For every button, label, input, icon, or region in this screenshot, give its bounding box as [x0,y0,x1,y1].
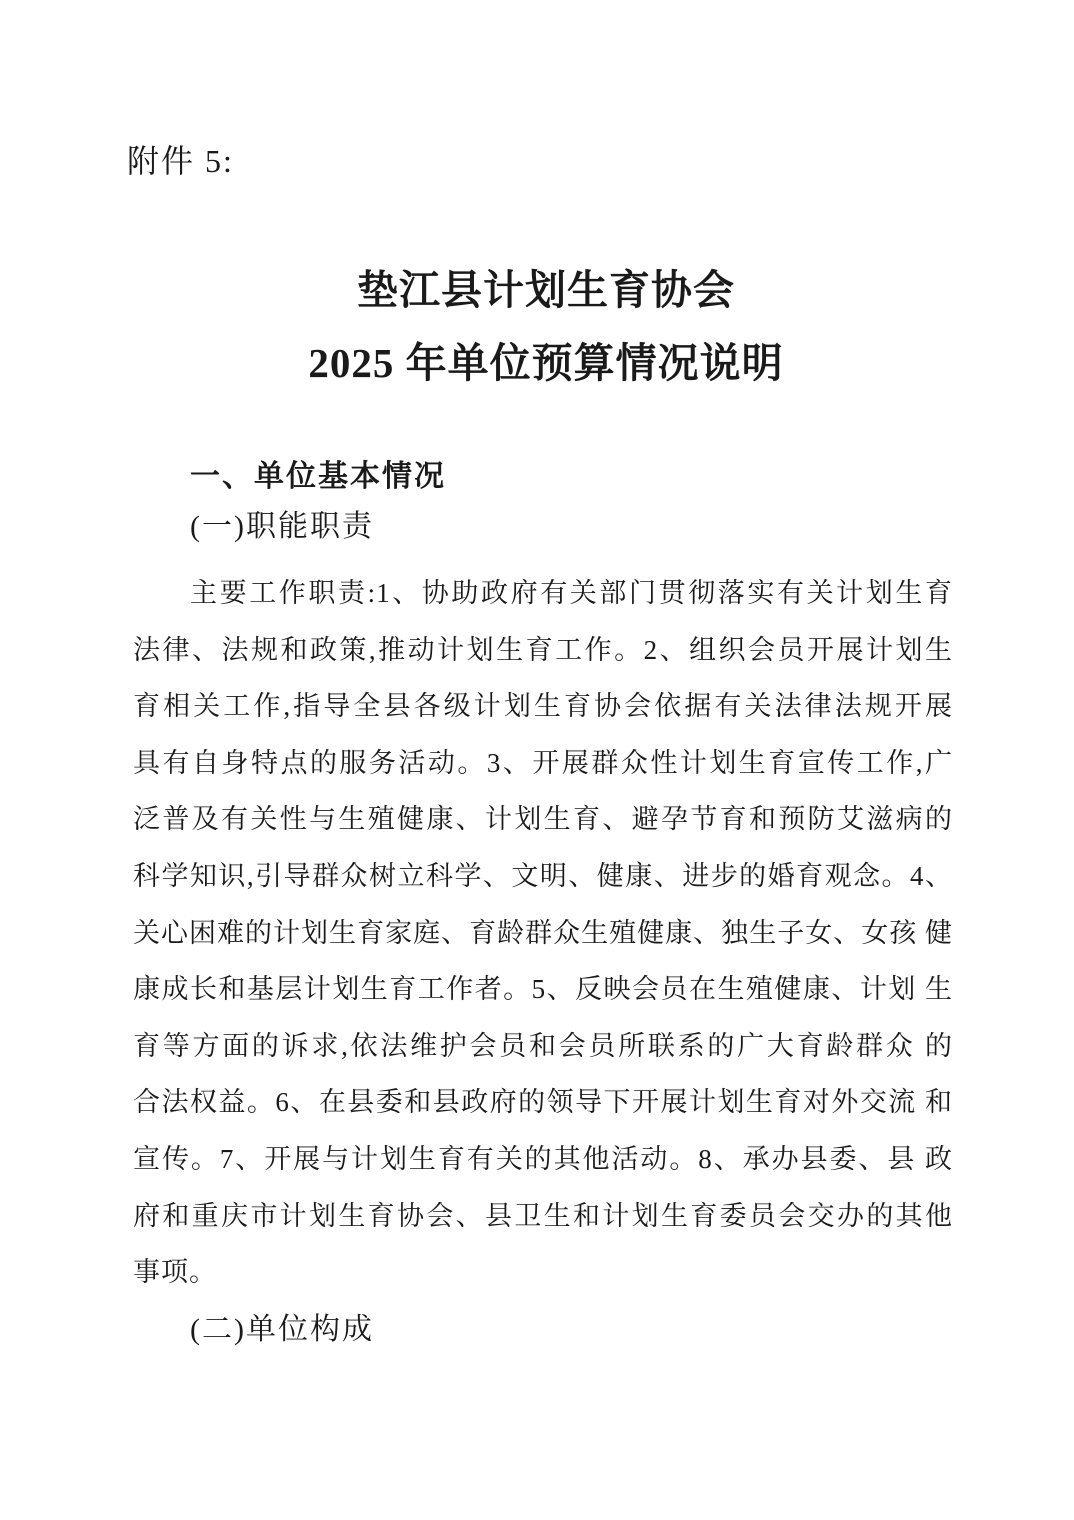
document-page: 附件 5: 垫江县计划生育协会 2025 年单位预算情况说明 一、单位基本情况 … [0,0,1074,1520]
paragraph-line-2: 法律、法规和政策,推动计划生育工作。2、组织会员开展计划生 [133,633,953,667]
paragraph-line-9: 育等方面的诉求,依法维护会员和会员所联系的广大育龄群众 的 [133,1029,953,1063]
subsection-heading-unit-composition: (二)单位构成 [190,1312,374,1348]
paragraph-line-6: 科学知识,引导群众树立科学、文明、健康、进步的婚育观念。4、 [133,859,953,893]
paragraph-line-5: 泛普及有关性与生殖健康、计划生育、避孕节育和预防艾滋病的 [133,802,953,836]
paragraph-line-12: 府和重庆市计划生育协会、县卫生和计划生育委员会交办的其他 [133,1199,953,1233]
paragraph-line-13: 事项。 [133,1255,953,1289]
paragraph-line-7: 关心困难的计划生育家庭、育龄群众生殖健康、独生子女、女孩 健 [133,916,953,950]
paragraph-line-8: 康成长和基层计划生育工作者。5、反映会员在生殖健康、计划 生 [133,972,953,1006]
paragraph-line-10: 合法权益。6、在县委和县政府的领导下开展计划生育对外交流 和 [133,1085,953,1119]
paragraph-line-3: 育相关工作,指导全县各级计划生育协会依据有关法律法规开展 [133,689,953,723]
paragraph-line-11: 宣传。7、开展与计划生育有关的其他活动。8、承办县委、县 政 [133,1142,953,1176]
paragraph-line-1: 主要工作职责:1、协助政府有关部门贯彻落实有关计划生育 [133,576,953,610]
paragraph-duties: 主要工作职责:1、协助政府有关部门贯彻落实有关计划生育法律、法规和政策,推动计划… [0,0,1074,1520]
paragraph-line-4: 具有自身特点的服务活动。3、开展群众性计划生育宣传工作,广 [133,746,953,780]
